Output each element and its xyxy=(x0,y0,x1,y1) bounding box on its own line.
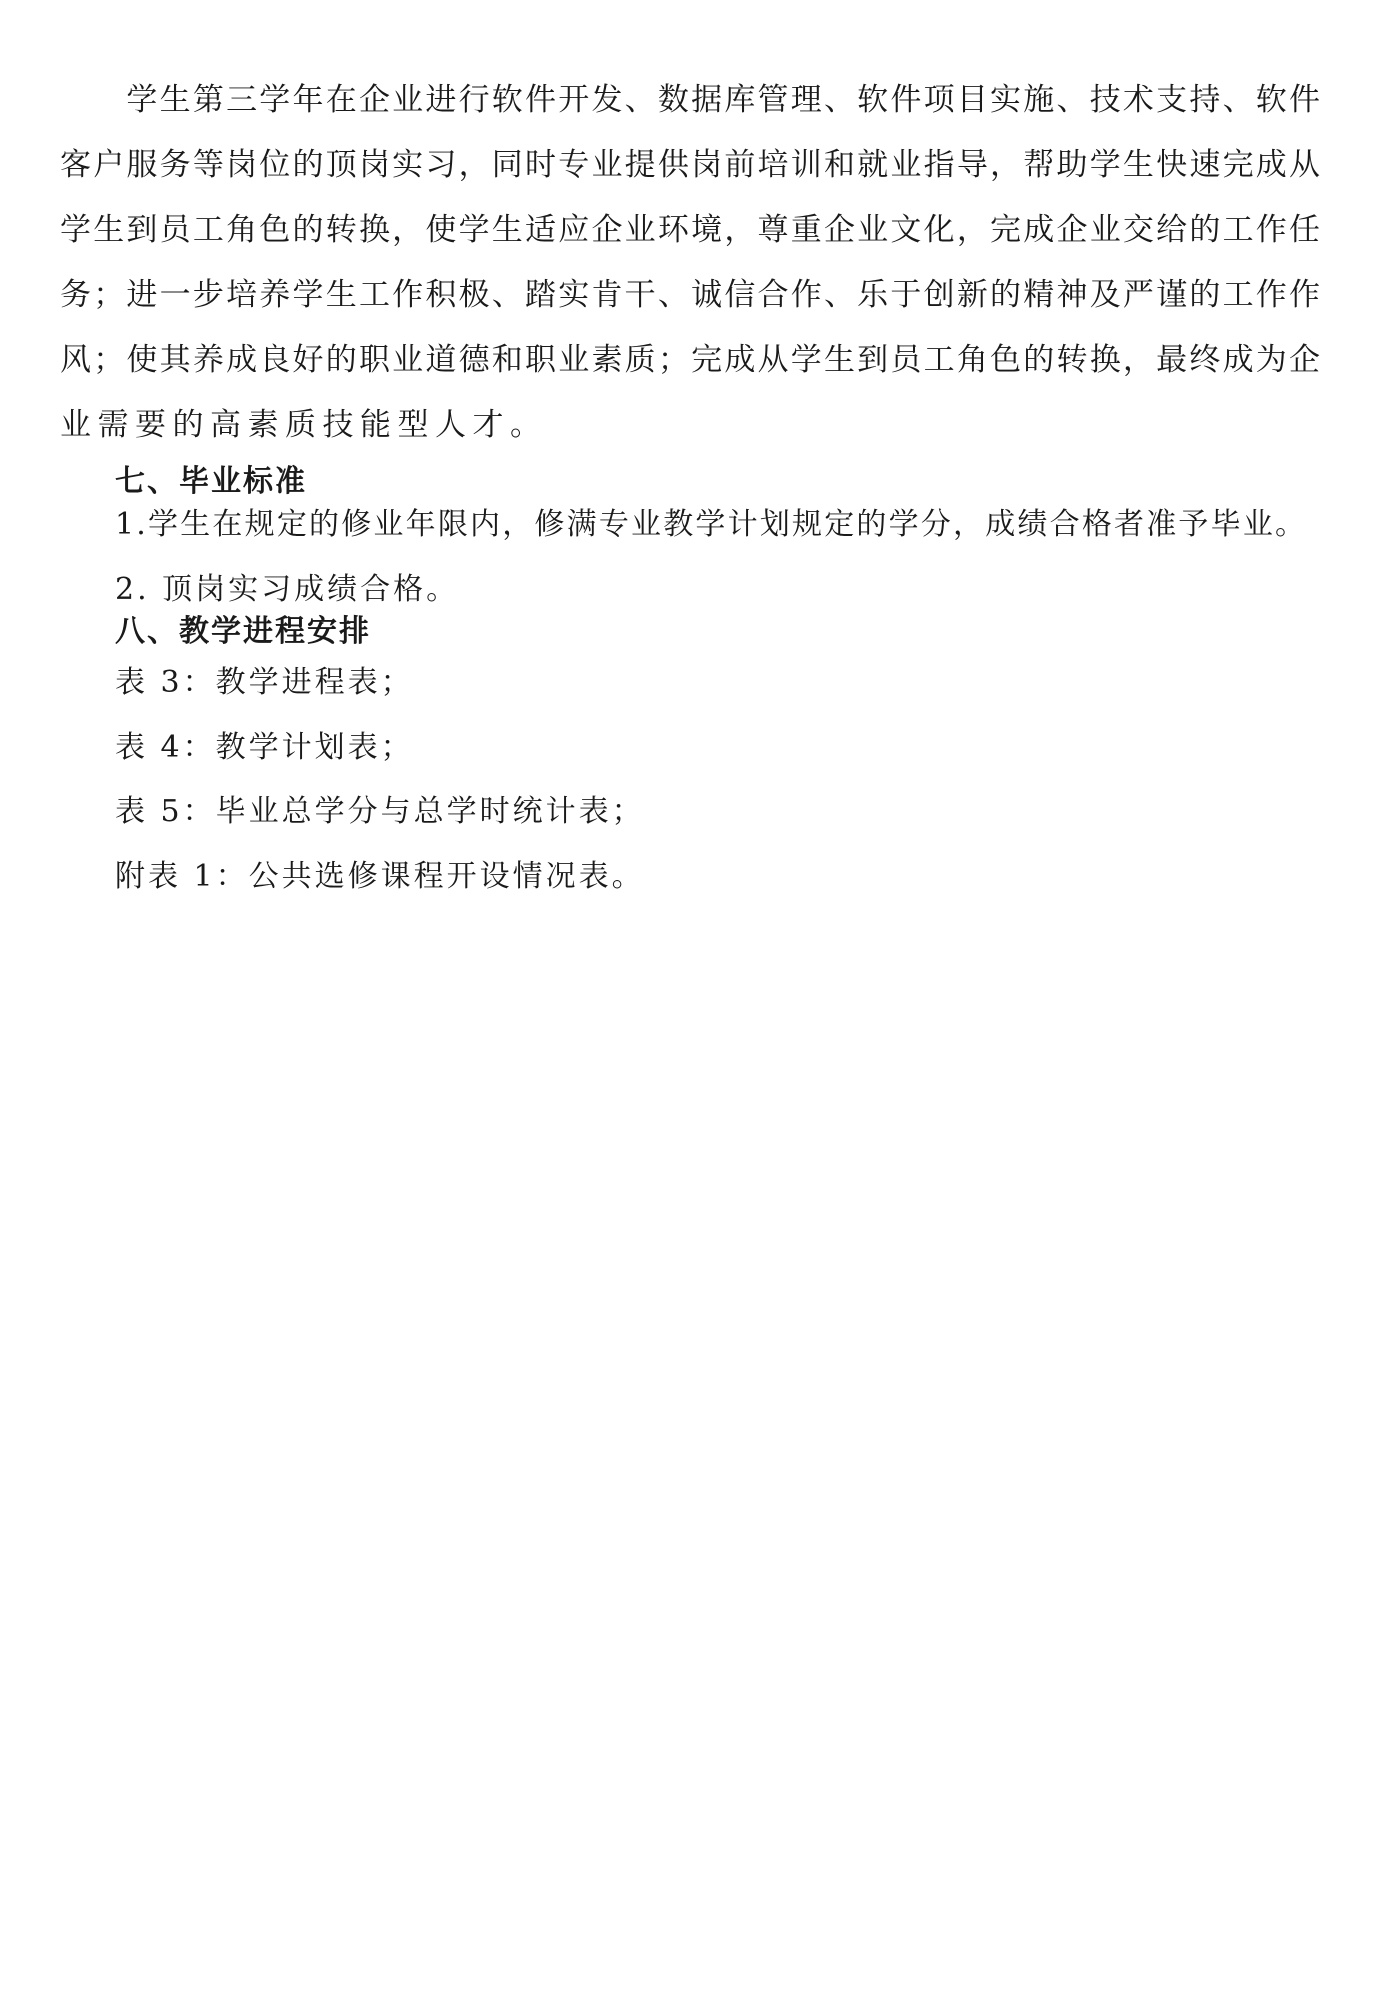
table-reference-item: 附表 1：公共选修课程开设情况表。 xyxy=(115,857,645,897)
table-reference-item: 表 5：毕业总学分与总学时统计表； xyxy=(115,792,645,832)
paragraph-line: 学生第三学年在企业进行软件开发、数据库管理、软件项目实施、技术支持、软件 xyxy=(60,80,1320,120)
document-page: 学生第三学年在企业进行软件开发、数据库管理、软件项目实施、技术支持、软件 客户服… xyxy=(0,0,1382,2012)
paragraph-line: 学生到员工角色的转换，使学生适应企业环境，尊重企业文化，完成企业交给的工作任 xyxy=(60,210,1320,250)
section-heading-teaching-schedule: 八、教学进程安排 xyxy=(115,612,371,652)
paragraph-line: 客户服务等岗位的顶岗实习，同时专业提供岗前培训和就业指导，帮助学生快速完成从 xyxy=(60,145,1320,185)
graduation-requirement-item: 1.学生在规定的修业年限内，修满专业教学计划规定的学分，成绩合格者准予毕业。 xyxy=(115,505,1307,545)
section-heading-graduation-standards: 七、毕业标准 xyxy=(115,462,307,502)
paragraph-line: 风；使其养成良好的职业道德和职业素质；完成从学生到员工角色的转换，最终成为企 xyxy=(60,340,1320,380)
paragraph-line: 务；进一步培养学生工作积极、踏实肯干、诚信合作、乐于创新的精神及严谨的工作作 xyxy=(60,275,1320,315)
graduation-requirement-item: 2. 顶岗实习成绩合格。 xyxy=(115,570,459,610)
table-reference-item: 表 4：教学计划表； xyxy=(115,728,414,768)
table-reference-item: 表 3：教学进程表； xyxy=(115,663,414,703)
paragraph-line: 业需要的高素质技能型人才。 xyxy=(60,405,1320,445)
